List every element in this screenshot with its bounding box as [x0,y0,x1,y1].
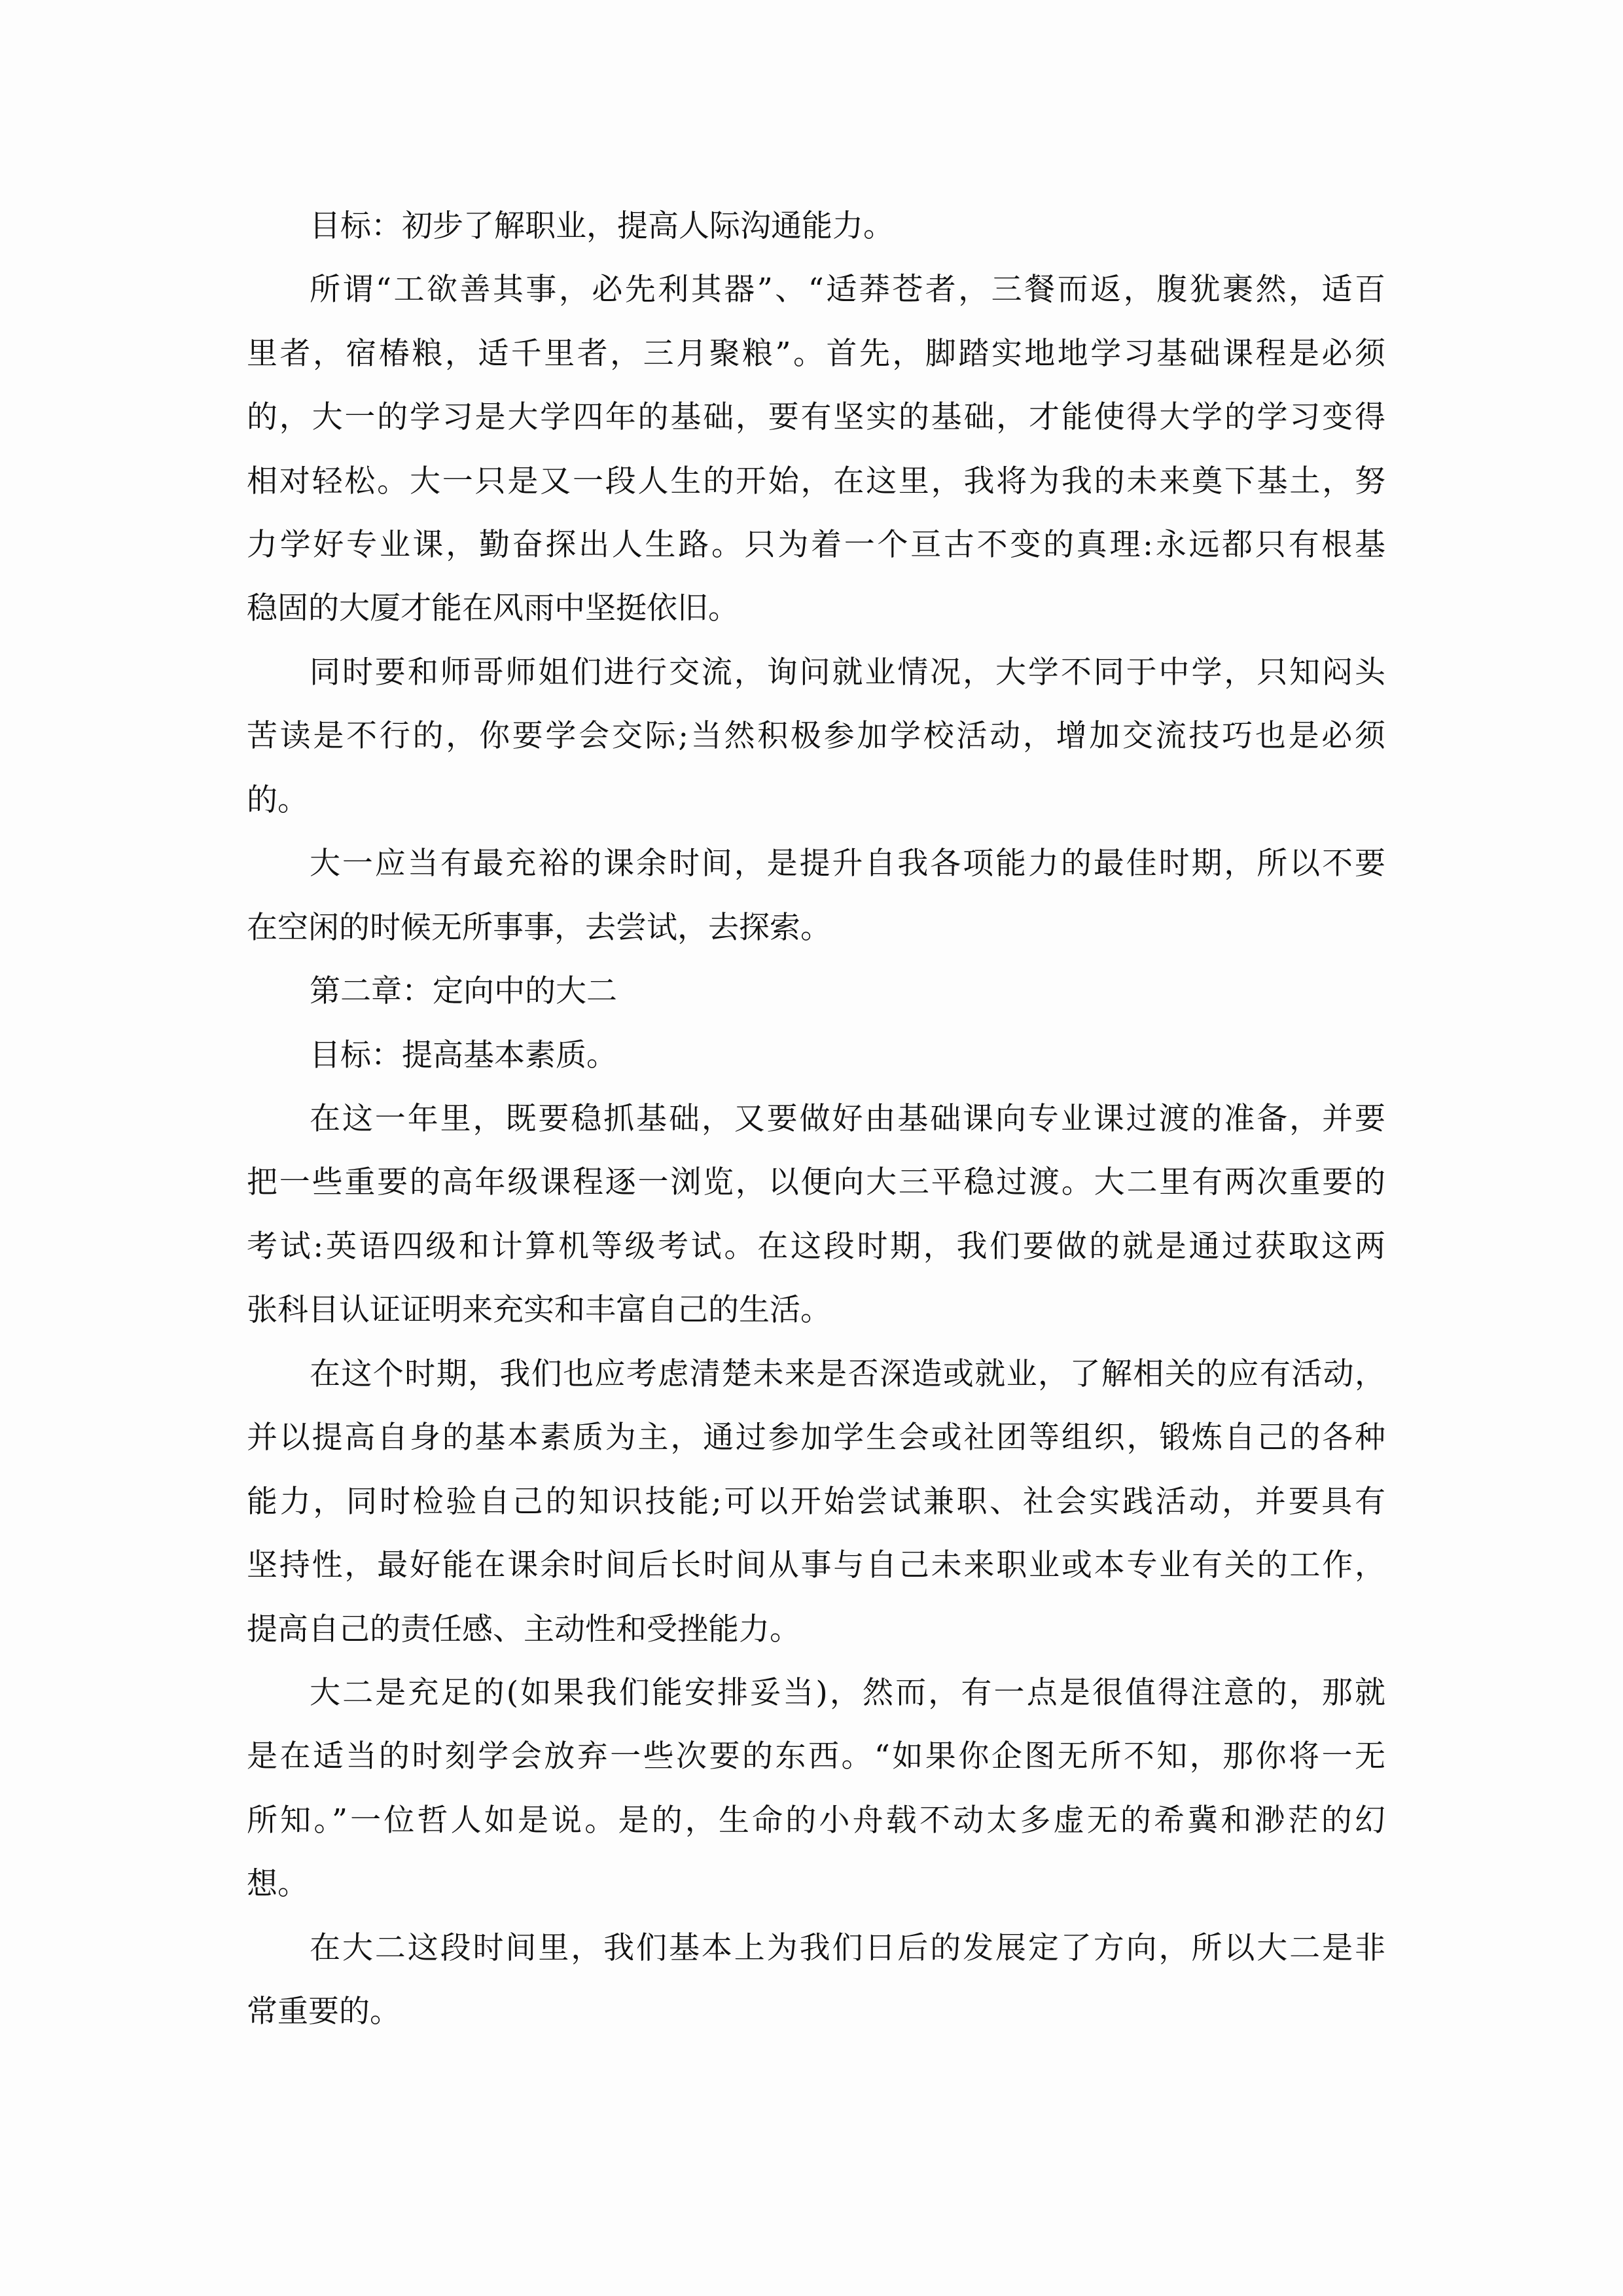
paragraph-line: 稳固的大厦才能在风雨中坚挺依旧。 [247,589,1385,628]
paragraph-line: 在这个时期，我们也应考虑清楚未来是否深造或就业，了解相关的应有活动， [310,1355,1385,1394]
paragraph-line: 把一些重要的高年级课程逐一浏览，以便向大三平稳过渡。大二里有两次重要的 [247,1163,1385,1202]
paragraph-line: 所知。”一位哲人如是说。是的，生命的小舟载不动太多虚无的希冀和渺茫的幻 [247,1801,1385,1840]
paragraph-line: 所谓“工欲善其事，必先利其器”、“适莽苍者，三餐而返，腹犹裹然，适百 [310,270,1385,310]
paragraph-line: 常重要的。 [247,1992,1385,2032]
paragraph-line: 的。 [247,781,1385,820]
paragraph-line: 并以提高自身的基本素质为主，通过参加学生会或社团等组织，锻炼自己的各种 [247,1418,1385,1458]
paragraph-line: 大一应当有最充裕的课余时间，是提升自我各项能力的最佳时期，所以不要 [310,844,1385,884]
paragraph-line: 力学好专业课，勤奋探出人生路。只为着一个亘古不变的真理:永远都只有根基 [247,526,1385,565]
paragraph-line: 同时要和师哥师姐们进行交流，询问就业情况，大学不同于中学，只知闷头 [310,653,1385,692]
chapter-heading: 第二章：定向中的大二 [310,972,1385,1011]
paragraph-line: 想。 [247,1865,1385,1904]
paragraph-line: 在空闲的时候无所事事，去尝试，去探索。 [247,908,1385,948]
paragraph-line: 相对轻松。大一只是又一段人生的开始，在这里，我将为我的未来奠下基土，努 [247,462,1385,501]
goal-line: 目标：提高基本素质。 [310,1036,1385,1075]
paragraph-line: 坚持性，最好能在课余时间后长时间从事与自己未来职业或本专业有关的工作， [247,1546,1385,1585]
paragraph-line: 苦读是不行的，你要学会交际;当然积极参加学校活动，增加交流技巧也是必须 [247,717,1385,756]
paragraph-line: 大二是充足的(如果我们能安排妥当)，然而，有一点是很值得注意的，那就 [310,1674,1385,1713]
paragraph-line: 里者，宿椿粮，适千里者，三月聚粮”。首先，脚踏实地地学习基础课程是必须 [247,334,1385,374]
paragraph-line: 张科目认证证明来充实和丰富自己的生活。 [247,1291,1385,1330]
paragraph-line: 的，大一的学习是大学四年的基础，要有坚实的基础，才能使得大学的学习变得 [247,398,1385,437]
paragraph-line: 在这一年里，既要稳抓基础，又要做好由基础课向专业课过渡的准备，并要 [310,1100,1385,1139]
paragraph-line: 在大二这段时间里，我们基本上为我们日后的发展定了方向，所以大二是非 [310,1929,1385,1968]
paragraph-line: 考试:英语四级和计算机等级考试。在这段时期，我们要做的就是通过获取这两 [247,1227,1385,1266]
document-page: 目标：初步了解职业，提高人际沟通能力。 所谓“工欲善其事，必先利其器”、“适莽苍… [0,0,1623,2296]
paragraph-line: 能力，同时检验自己的知识技能;可以开始尝试兼职、社会实践活动，并要具有 [247,1482,1385,1522]
paragraph-line: 提高自己的责任感、主动性和受挫能力。 [247,1610,1385,1649]
goal-line: 目标：初步了解职业，提高人际沟通能力。 [310,207,1385,246]
paragraph-line: 是在适当的时刻学会放弃一些次要的东西。“如果你企图无所不知，那你将一无 [247,1737,1385,1776]
